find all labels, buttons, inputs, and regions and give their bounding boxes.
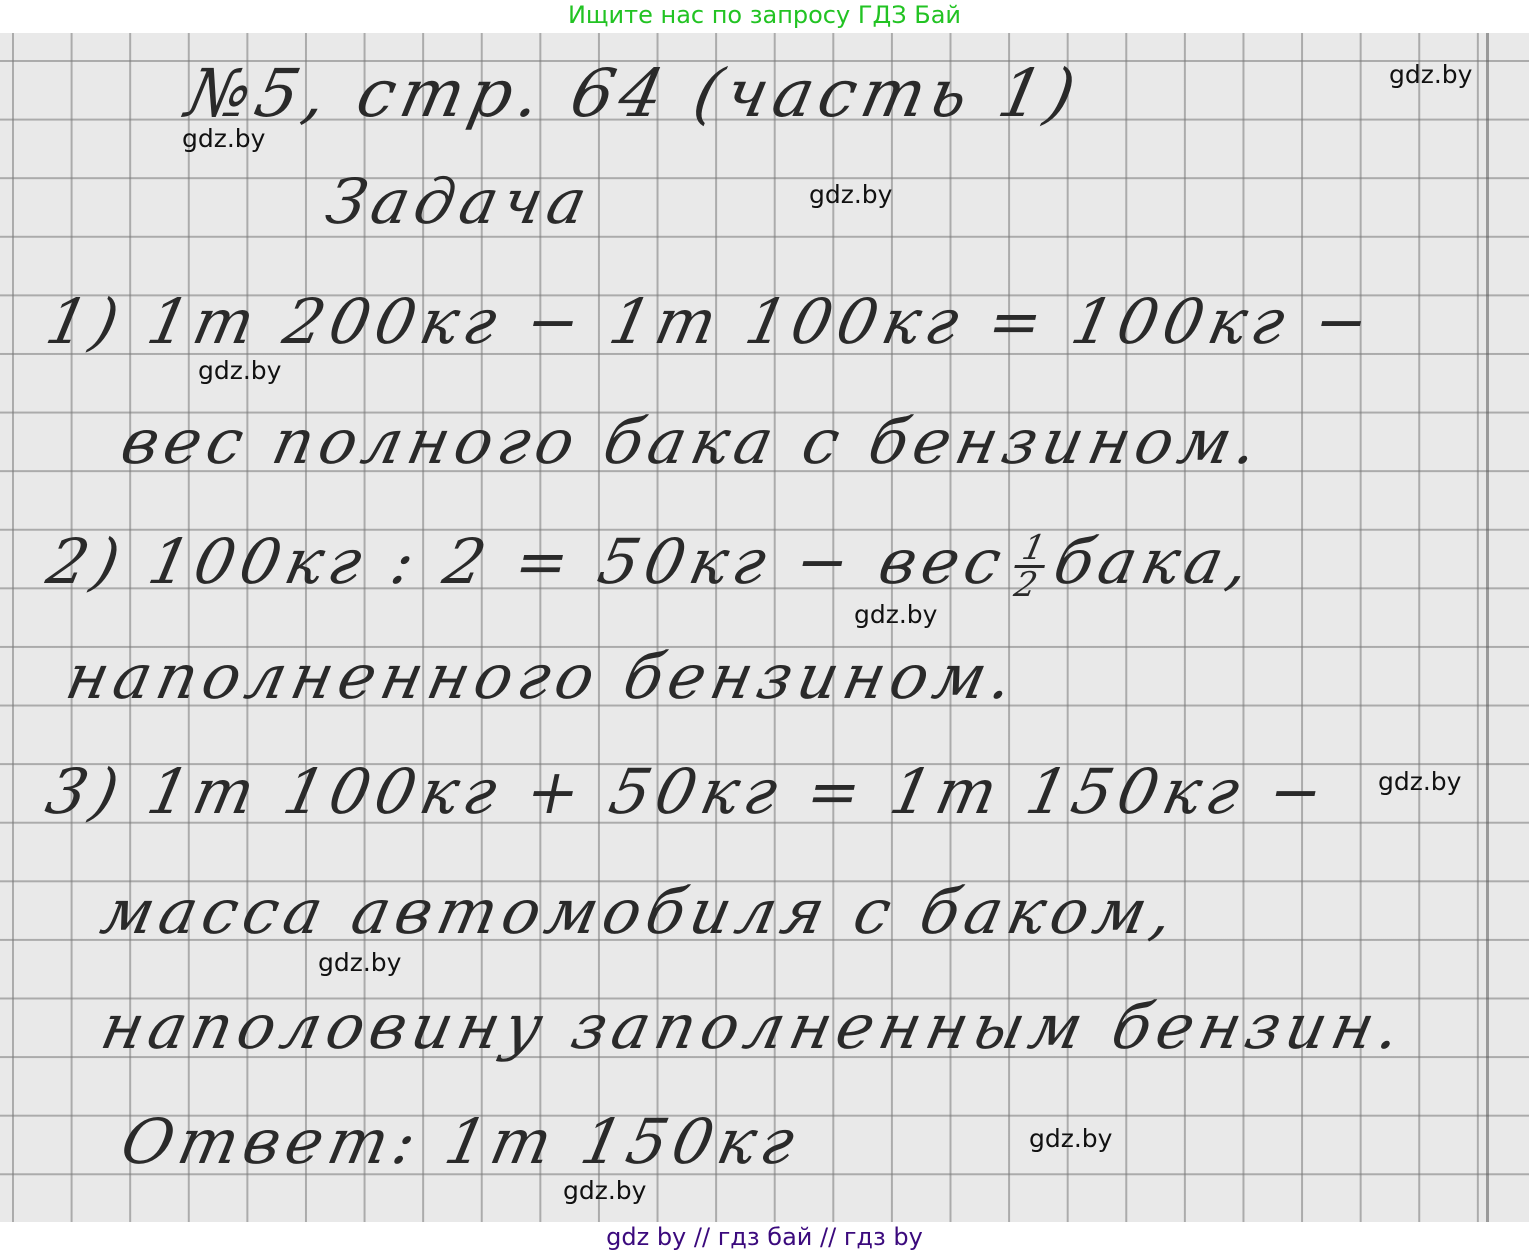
solution-step-3: 3) 1т 100кг + 50кг = 1т 150кг −	[40, 755, 1336, 828]
solution-step-3-explanation-a: масса автомобиля с баком,	[95, 875, 1186, 948]
solution-step-1: 1) 1т 200кг − 1т 100кг = 100кг −	[40, 285, 1381, 358]
solution-step-2-explanation: наполненного бензином.	[60, 640, 1025, 713]
watermark: gdz.by	[1389, 60, 1472, 89]
watermark: gdz.by	[809, 180, 892, 209]
solution-step-3-explanation-b: наполовину заполненным бензин.	[95, 990, 1413, 1063]
solution-step-1-explanation: вес полного бака с бензином.	[115, 405, 1270, 478]
fraction-one-half: 12	[1007, 531, 1052, 602]
fraction-denominator: 2	[1007, 568, 1044, 602]
watermark: gdz.by	[198, 356, 281, 385]
fraction-numerator: 1	[1015, 531, 1053, 568]
watermark: gdz.by	[318, 948, 401, 977]
bottom-banner: gdz by // гдз бай // гдз by	[0, 1222, 1529, 1254]
watermark: gdz.by	[182, 124, 265, 153]
notebook-margin-line	[1486, 33, 1489, 1222]
watermark: gdz.by	[1029, 1124, 1112, 1153]
watermark: gdz.by	[854, 600, 937, 629]
watermark: gdz.by	[1378, 767, 1461, 796]
step-2-text-before: 2) 100кг : 2 = 50кг − вес	[41, 525, 1014, 598]
exercise-title: №5, стр. 64 (часть 1)	[180, 55, 1088, 132]
solution-step-2: 2) 100кг : 2 = 50кг − вес12бака,	[40, 525, 1262, 602]
exercise-subtitle: Задача	[320, 165, 599, 238]
step-2-text-after: бака,	[1048, 525, 1262, 598]
watermark: gdz.by	[563, 1176, 646, 1205]
top-banner: Ищите нас по запросу ГДЗ Бай	[0, 0, 1529, 33]
answer-line: Ответ: 1т 150кг	[115, 1105, 807, 1178]
